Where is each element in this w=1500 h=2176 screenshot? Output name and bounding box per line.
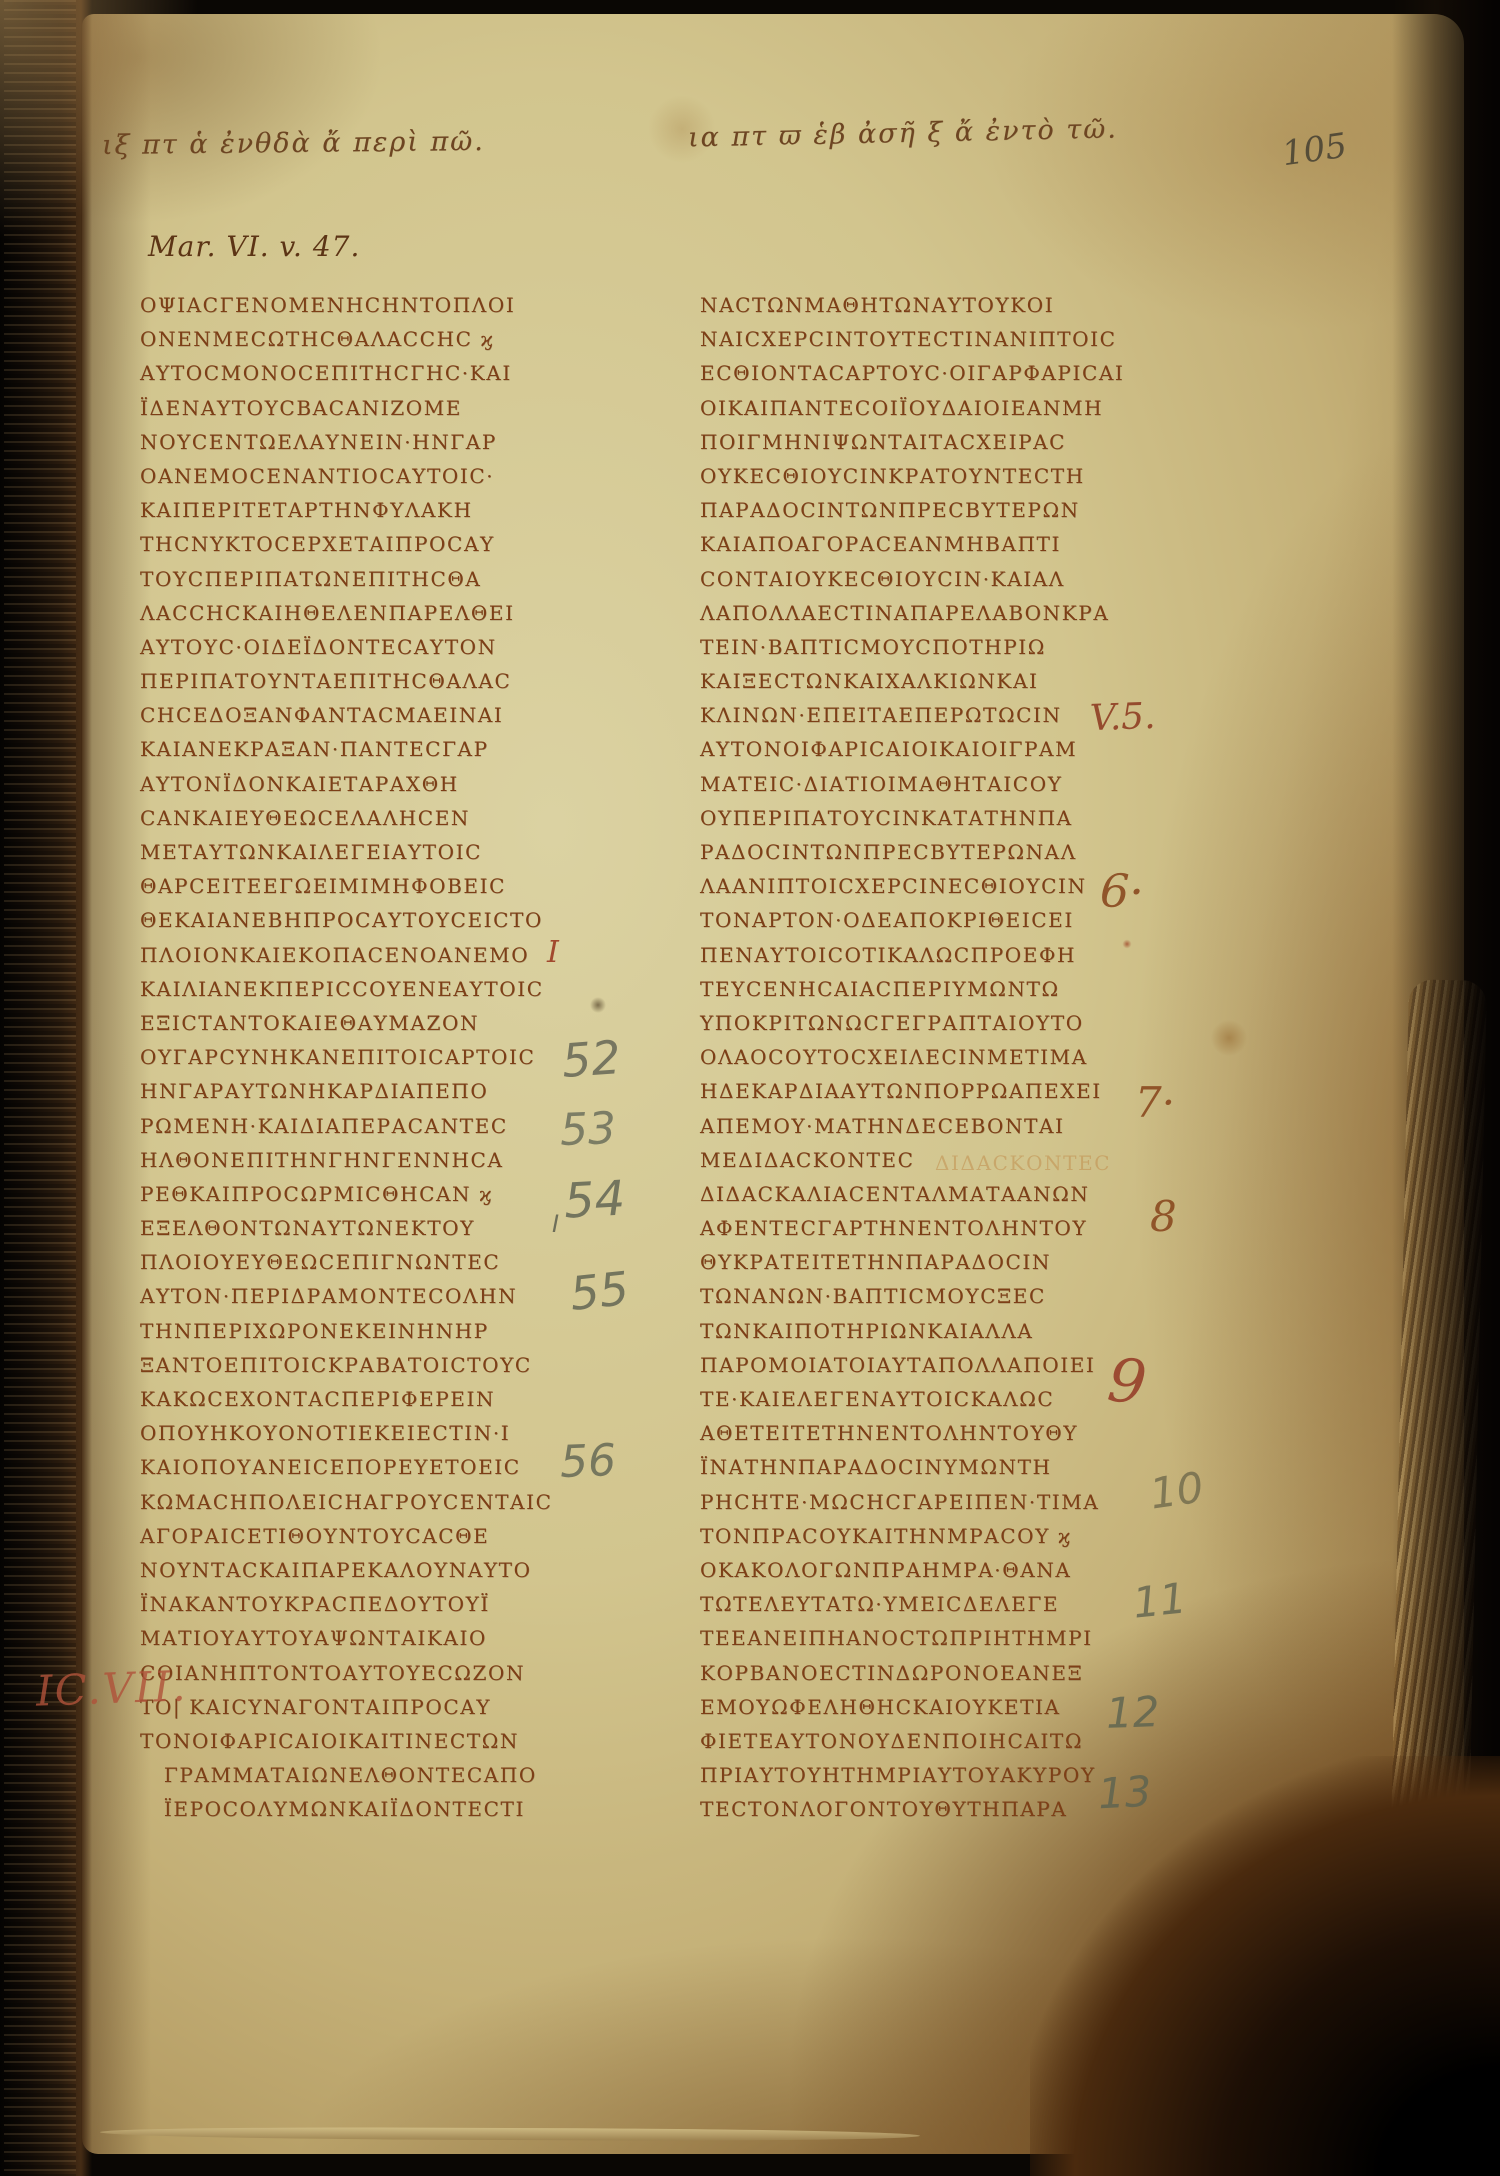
manuscript-text-line: ΤΗϹΝΥΚΤΟϹΕΡΧΕΤΑΙΠΡΟϹΑΥ xyxy=(140,527,590,561)
manuscript-text-line: ΕΜΟΥΩΦΕΛΗΘΗϹΚΑΙΟΥΚΕΤΙΑ xyxy=(700,1690,1160,1724)
manuscript-text-line: ΘΕΚΑΙΑΝΕΒΗΠΡΟϹΑΥΤΟΥϹΕΙϹΤΟ xyxy=(140,903,590,937)
red-tick: Ι xyxy=(547,938,559,968)
chapter-7-note: IC.VII. xyxy=(35,1665,188,1712)
manuscript-text-line: ΠΑΡΟΜΟΙΑΤΟΙΑΥΤΑΠΟΛΛΑΠΟΙΕΙ xyxy=(700,1348,1160,1382)
manuscript-text-line: ΜΕΤΑΥΤΩΝΚΑΙΛΕΓΕΙΑΥΤΟΙϹ xyxy=(140,835,590,869)
manuscript-text-line: ΡΩΜΕΝΗ·ΚΑΙΔΙΑΠΕΡΑϹΑΝΤΕϹ xyxy=(140,1109,590,1143)
manuscript-text-line: ΟΛΑΟϹΟΥΤΟϹΧΕΙΛΕϹΙΝΜΕΤΙΜΑ xyxy=(700,1040,1160,1074)
manuscript-text-line: ΤΕΕΑΝΕΙΠΗΑΝΟϹΤΩΠΡΙΗΤΗΜΡΙ xyxy=(700,1621,1160,1655)
manuscript-text-line: ΑΦΕΝΤΕϹΓΑΡΤΗΝΕΝΤΟΛΗΝΤΟΥ xyxy=(700,1211,1160,1245)
verse-11: 11 xyxy=(1131,1577,1189,1624)
manuscript-text-line: ΡΕΘΚΑΙΠΡΟϹΩΡΜΙϹΘΗϹΑΝ ϗ xyxy=(140,1177,590,1211)
manuscript-text-line: ΠΕΝΑΥΤΟΙϹΟΤΙΚΑΛΩϹΠΡΟΕΦΗ xyxy=(700,938,1160,972)
manuscript-text-line: ΠΑΡΑΔΟϹΙΝΤΩΝΠΡΕϹΒΥΤΕΡΩΝ xyxy=(700,493,1160,527)
manuscript-text-line: ΟΥΚΕϹΘΙΟΥϹΙΝΚΡΑΤΟΥΝΤΕϹΤΗ xyxy=(700,459,1160,493)
manuscript-text-line: ΝΟΥϹΕΝΤΩΕΛΑΥΝΕΙΝ·ΗΝΓΑΡ xyxy=(140,425,590,459)
manuscript-text-line: ΥΠΟΚΡΙΤΩΝΩϹΓΕΓΡΑΠΤΑΙΟΥΤΟ xyxy=(700,1006,1160,1040)
gutter-page-edges xyxy=(4,0,76,2176)
verse-55: 55 xyxy=(568,1265,631,1317)
manuscript-text-line: ΠΛΟΙΟΝΚΑΙΕΚΟΠΑϹΕΝΟΑΝΕΜΟ xyxy=(140,938,590,972)
manuscript-text-line: ΕϹΘΙΟΝΤΑϹΑΡΤΟΥϹ·ΟΙΓΑΡΦΑΡΙϹΑΙ xyxy=(700,356,1160,390)
verse-13: 13 xyxy=(1097,1771,1153,1816)
verse-10: 10 xyxy=(1147,1466,1206,1515)
manuscript-text-line: ΚΟΡΒΑΝΟΕϹΤΙΝΔΩΡΟΝΟΕΑΝΕΞ xyxy=(700,1656,1160,1690)
manuscript-text-line: ΚΑΙΑΠΟΑΓΟΡΑϹΕΑΝΜΗΒΑΠΤΙ xyxy=(700,527,1160,561)
manuscript-text-line: ΚΑΙΑΝΕΚΡΑΞΑΝ·ΠΑΝΤΕϹΓΑΡ xyxy=(140,732,590,766)
manuscript-text-line: ΑΥΤΟΥϹ·ΟΙΔΕΪΔΟΝΤΕϹΑΥΤΟΝ xyxy=(140,630,590,664)
manuscript-text-line: ΤΕϹΤΟΝΛΟΓΟΝΤΟΥΘΥΤΗΠΑΡΑ xyxy=(700,1792,1160,1826)
manuscript-text-line: ΟΑΝΕΜΟϹΕΝΑΝΤΙΟϹΑΥΤΟΙϹ· xyxy=(140,459,590,493)
manuscript-text-line: ΪΔΕΝΑΥΤΟΥϹΒΑϹΑΝΙΖΟΜΕ xyxy=(140,391,590,425)
verse-53: 53 xyxy=(559,1107,617,1153)
text-column-right: ΝΑϹΤΩΝΜΑΘΗΤΩΝΑΥΤΟΥΚΟΙΝΑΙϹΧΕΡϹΙΝΤΟΥΤΕϹΤΙΝ… xyxy=(700,288,1160,1826)
manuscript-text-line: ΕΞΕΛΘΟΝΤΩΝΑΥΤΩΝΕΚΤΟΥ xyxy=(140,1211,590,1245)
manuscript-text-line: ΑΥΤΟϹΜΟΝΟϹΕΠΙΤΗϹΓΗϹ·ΚΑΙ xyxy=(140,356,590,390)
manuscript-text-line: ΤΟ| ΚΑΙϹΥΝΑΓΟΝΤΑΙΠΡΟϹΑΥ xyxy=(140,1690,590,1724)
text-column-left: ΟΨΙΑϹΓΕΝΟΜΕΝΗϹΗΝΤΟΠΛΟΙΟΝΕΝΜΕϹΩΤΗϹΘΑΛΑϹϹΗ… xyxy=(140,288,590,1826)
manuscript-text-line: ΡΗϹΗΤΕ·ΜΩϹΗϹΓΑΡΕΙΠΕΝ·ΤΙΜΑ xyxy=(700,1485,1160,1519)
manuscript-text-line: ΡΑΔΟϹΙΝΤΩΝΠΡΕϹΒΥΤΕΡΩΝΑΛ xyxy=(700,835,1160,869)
manuscript-text-line: ΜΑΤΙΟΥΑΥΤΟΥΑΨΩΝΤΑΙΚΑΙΟ xyxy=(140,1621,590,1655)
manuscript-text-line: ΤΕ·ΚΑΙΕΛΕΓΕΝΑΥΤΟΙϹΚΑΛΩϹ xyxy=(700,1382,1160,1416)
manuscript-text-line: ΟΥΓΑΡϹΥΝΗΚΑΝΕΠΙΤΟΙϹΑΡΤΟΙϹ xyxy=(140,1040,590,1074)
verse-6: 6· xyxy=(1099,867,1144,915)
manuscript-text-line: ΑΓΟΡΑΙϹΕΤΙΘΟΥΝΤΟΥϹΑϹΘΕ xyxy=(140,1519,590,1553)
manuscript-text-line: ΤΩΝΑΝΩΝ·ΒΑΠΤΙϹΜΟΥϹΞΕϹ xyxy=(700,1279,1160,1313)
manuscript-text-line: ΪΝΑΚΑΝΤΟΥΚΡΑϹΠΕΔΟΥΤΟΥΪ xyxy=(140,1587,590,1621)
manuscript-text-line: ΤΕΙΝ·ΒΑΠΤΙϹΜΟΥϹΠΟΤΗΡΙΩ xyxy=(700,630,1160,664)
manuscript-text-line: ΔΙΔΑϹΚΑΛΙΑϹΕΝΤΑΛΜΑΤΑΑΝΩΝ xyxy=(700,1177,1160,1211)
manuscript-text-line: ΑΘΕΤΕΙΤΕΤΗΝΕΝΤΟΛΗΝΤΟΥΘΥ xyxy=(700,1416,1160,1450)
manuscript-text-line: ϹΟΙΑΝΗΠΤΟΝΤΟΑΥΤΟΥΕϹΩΖΟΝ xyxy=(140,1656,590,1690)
manuscript-text-line: ΠΡΙΑΥΤΟΥΗΤΗΜΡΙΑΥΤΟΥΑΚΥΡΟΥ xyxy=(700,1758,1160,1792)
manuscript-text-line: ΞΑΝΤΟΕΠΙΤΟΙϹΚΡΑΒΑΤΟΙϹΤΟΥϹ xyxy=(140,1348,590,1382)
verse-12: 12 xyxy=(1105,1691,1160,1735)
manuscript-text-line: ΝΟΥΝΤΑϹΚΑΙΠΑΡΕΚΑΛΟΥΝΑΥΤΟ xyxy=(140,1553,590,1587)
manuscript-text-line: ΚΑΙΟΠΟΥΑΝΕΙϹΕΠΟΡΕΥΕΤΟΕΙϹ xyxy=(140,1450,590,1484)
verse-56: 56 xyxy=(559,1439,617,1485)
manuscript-text-line: ΤΕΥϹΕΝΗϹΑΙΑϹΠΕΡΙΥΜΩΝΤΩ xyxy=(700,972,1160,1006)
manuscript-text-line: ϹΗϹΕΔΟΞΑΝΦΑΝΤΑϹΜΑΕΙΝΑΙ xyxy=(140,698,590,732)
manuscript-photo: ιξ πτ ἁ ἐνθδὰ ἄ περὶ πῶ. ια πτ ϖ ἑβ ἀσῆ … xyxy=(0,0,1500,2176)
verse-54: 54 xyxy=(563,1174,627,1225)
manuscript-text-line: ϹΟΝΤΑΙΟΥΚΕϹΘΙΟΥϹΙΝ·ΚΑΙΑΛ xyxy=(700,562,1160,596)
manuscript-text-line: ΝΑΙϹΧΕΡϹΙΝΤΟΥΤΕϹΤΙΝΑΝΙΠΤΟΙϹ xyxy=(700,322,1160,356)
grey-tick: Ι xyxy=(552,1212,559,1236)
manuscript-text-line: ΟΠΟΥΗΚΟΥΟΝΟΤΙΕΚΕΙΕϹΤΙΝ·Ι xyxy=(140,1416,590,1450)
faded-repeated-text: ΔΙΔΑϹΚΟΝΤΕϹ xyxy=(935,1146,1111,1180)
manuscript-text-line: ΟΨΙΑϹΓΕΝΟΜΕΝΗϹΗΝΤΟΠΛΟΙ xyxy=(140,288,590,322)
manuscript-text-line: ΜΑΤΕΙϹ·ΔΙΑΤΙΟΙΜΑΘΗΤΑΙϹΟΥ xyxy=(700,767,1160,801)
manuscript-text-line: ΚΑΙΠΕΡΙΤΕΤΑΡΤΗΝΦΥΛΑΚΗ xyxy=(140,493,590,527)
manuscript-text-line: ΪΕΡΟϹΟΛΥΜΩΝΚΑΙΪΔΟΝΤΕϹΤΙ xyxy=(140,1792,590,1826)
manuscript-text-line: ΝΑϹΤΩΝΜΑΘΗΤΩΝΑΥΤΟΥΚΟΙ xyxy=(700,288,1160,322)
manuscript-text-line: ΚΩΜΑϹΗΠΟΛΕΙϹΗΑΓΡΟΥϹΕΝΤΑΙϹ xyxy=(140,1485,590,1519)
gutter-top-highlight xyxy=(0,0,200,240)
verse-5-note: V.5. xyxy=(1089,699,1156,737)
manuscript-text-line: ΟΥΠΕΡΙΠΑΤΟΥϹΙΝΚΑΤΑΤΗΝΠΑ xyxy=(700,801,1160,835)
manuscript-text-line: ΗΝΓΑΡΑΥΤΩΝΗΚΑΡΔΙΑΠΕΠΟ xyxy=(140,1074,590,1108)
manuscript-text-line: ΕΞΙϹΤΑΝΤΟΚΑΙΕΘΑΥΜΑΖΟΝ xyxy=(140,1006,590,1040)
manuscript-text-line: ΑΠΕΜΟΥ·ΜΑΤΗΝΔΕϹΕΒΟΝΤΑΙ xyxy=(700,1109,1160,1143)
manuscript-text-line: ΓΡΑΜΜΑΤΑΙΩΝΕΛΘΟΝΤΕϹΑΠΟ xyxy=(140,1758,590,1792)
manuscript-text-line: ΑΥΤΟΝ·ΠΕΡΙΔΡΑΜΟΝΤΕϹΟΛΗΝ xyxy=(140,1279,590,1313)
manuscript-text-line: ΦΙΕΤΕΑΥΤΟΝΟΥΔΕΝΠΟΙΗϹΑΙΤΩ xyxy=(700,1724,1160,1758)
manuscript-text-line: ΠΟΙΓΜΗΝΙΨΩΝΤΑΙΤΑϹΧΕΙΡΑϹ xyxy=(700,425,1160,459)
manuscript-text-line: ΤΟΝΠΡΑϹΟΥΚΑΙΤΗΝΜΡΑϹΟΥ ϗ xyxy=(700,1519,1160,1553)
manuscript-text-line: ΠΕΡΙΠΑΤΟΥΝΤΑΕΠΙΤΗϹΘΑΛΑϹ xyxy=(140,664,590,698)
verse-9: 9 xyxy=(1105,1350,1149,1414)
manuscript-text-line: ΠΛΟΙΟΥΕΥΘΕΩϹΕΠΙΓΝΩΝΤΕϹ xyxy=(140,1245,590,1279)
verse-52: 52 xyxy=(560,1034,622,1084)
manuscript-text-line: ΤΟΝΟΙΦΑΡΙϹΑΙΟΙΚΑΙΤΙΝΕϹΤΩΝ xyxy=(140,1724,590,1758)
manuscript-text-line: ΛΑϹϹΗϹΚΑΙΗΘΕΛΕΝΠΑΡΕΛΘΕΙ xyxy=(140,596,590,630)
manuscript-text-line: ΗΔΕΚΑΡΔΙΑΑΥΤΩΝΠΟΡΡΩΑΠΕΧΕΙ xyxy=(700,1074,1160,1108)
lection-note-left: ιξ πτ ἁ ἐνθδὰ ἄ περὶ πῶ. xyxy=(102,126,485,161)
manuscript-text-line: ΤΩΝΚΑΙΠΟΤΗΡΙΩΝΚΑΙΑΛΛΑ xyxy=(700,1314,1160,1348)
manuscript-text-line: ΑΥΤΟΝΪΔΟΝΚΑΙΕΤΑΡΑΧΘΗ xyxy=(140,767,590,801)
manuscript-text-line: ΤΗΝΠΕΡΙΧΩΡΟΝΕΚΕΙΝΗΝΗΡ xyxy=(140,1314,590,1348)
verse-7: 7· xyxy=(1135,1082,1175,1124)
manuscript-text-line: ΘΥΚΡΑΤΕΙΤΕΤΗΝΠΑΡΑΔΟϹΙΝ xyxy=(700,1245,1160,1279)
manuscript-text-line: ΛΑΑΝΙΠΤΟΙϹΧΕΡϹΙΝΕϹΘΙΟΥϹΙΝ xyxy=(700,869,1160,903)
manuscript-text-line: ΚΑΚΩϹΕΧΟΝΤΑϹΠΕΡΙΦΕΡΕΙΝ xyxy=(140,1382,590,1416)
verse-8: 8 xyxy=(1150,1196,1177,1238)
manuscript-text-line: ΤΟΥϹΠΕΡΙΠΑΤΩΝΕΠΙΤΗϹΘΑ xyxy=(140,562,590,596)
manuscript-text-line: ΤΟΝΑΡΤΟΝ·ΟΔΕΑΠΟΚΡΙΘΕΙϹΕΙ xyxy=(700,903,1160,937)
manuscript-text-line: ΗΛΘΟΝΕΠΙΤΗΝΓΗΝΓΕΝΝΗϹΑ xyxy=(140,1143,590,1177)
manuscript-text-line: ΛΑΠΟΛΛΑΕϹΤΙΝΑΠΑΡΕΛΑΒΟΝΚΡΑ xyxy=(700,596,1160,630)
manuscript-text-line: ΪΝΑΤΗΝΠΑΡΑΔΟϹΙΝΥΜΩΝΤΗ xyxy=(700,1450,1160,1484)
manuscript-text-line: ΤΩΤΕΛΕΥΤΑΤΩ·ΥΜΕΙϹΔΕΛΕΓΕ xyxy=(700,1587,1160,1621)
manuscript-text-line: ΚΑΙΞΕϹΤΩΝΚΑΙΧΑΛΚΙΩΝΚΑΙ xyxy=(700,664,1160,698)
reference-note: Mar. VI. v. 47. xyxy=(148,230,360,263)
manuscript-text-line: ϹΑΝΚΑΙΕΥΘΕΩϹΕΛΑΛΗϹΕΝ xyxy=(140,801,590,835)
manuscript-text-line: ΚΑΙΛΙΑΝΕΚΠΕΡΙϹϹΟΥΕΝΕΑΥΤΟΙϹ xyxy=(140,972,590,1006)
manuscript-text-line: ΟΚΑΚΟΛΟΓΩΝΠΡΑΗΜΡΑ·ΘΑΝΑ xyxy=(700,1553,1160,1587)
manuscript-text-line: ΘΑΡϹΕΙΤΕΕΓΩΕΙΜΙΜΗΦΟΒΕΙϹ xyxy=(140,869,590,903)
manuscript-text-line: ΟΝΕΝΜΕϹΩΤΗϹΘΑΛΑϹϹΗϹ ϗ xyxy=(140,322,590,356)
manuscript-text-line: ΟΙΚΑΙΠΑΝΤΕϹΟΙΪΟΥΔΑΙΟΙΕΑΝΜΗ xyxy=(700,391,1160,425)
